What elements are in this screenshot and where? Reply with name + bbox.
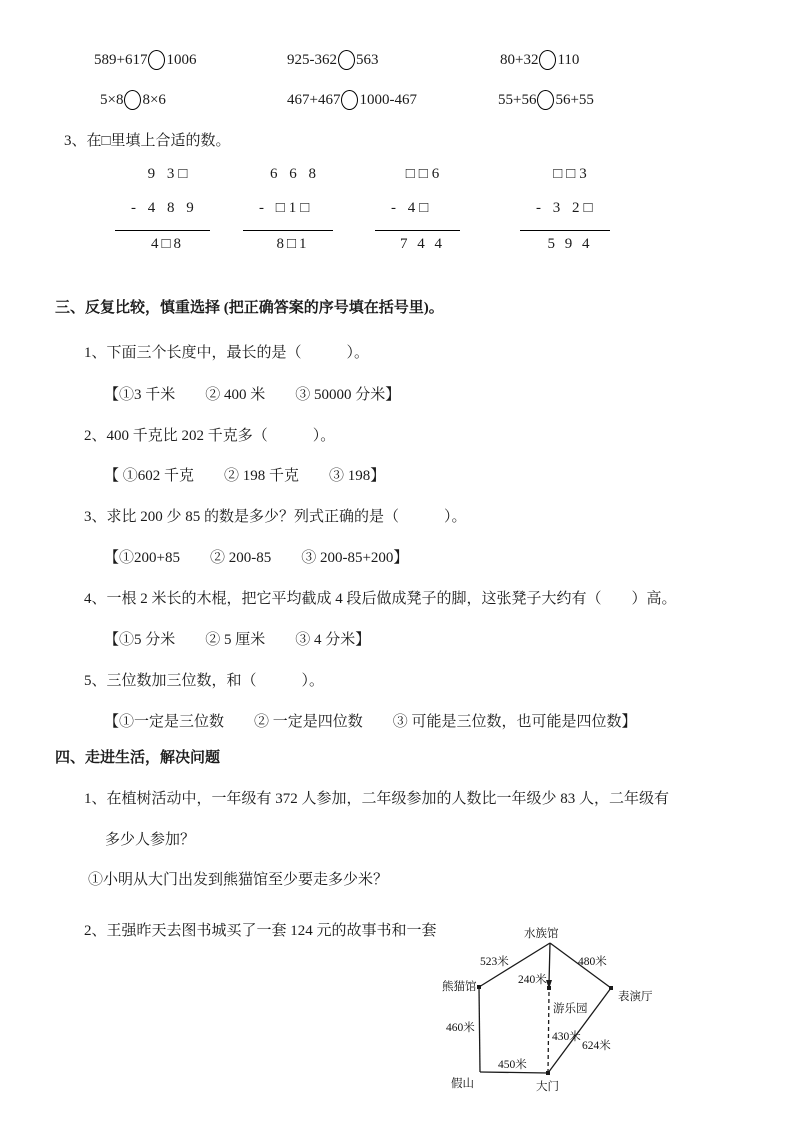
rule-line	[375, 230, 460, 231]
edge-amusement-gate	[548, 992, 549, 1073]
compare-problem: 589+6171006	[94, 50, 196, 70]
subtrahend: - □1□	[243, 200, 333, 217]
difference: 7 4 4	[375, 236, 460, 253]
difference: 8□1	[243, 236, 333, 253]
map-node-theater: 表演厅	[618, 988, 653, 1004]
rule-line	[520, 230, 610, 231]
map-node-panda: 熊猫馆	[442, 978, 477, 994]
question-options: 【①3 千米 ② 400 米 ③ 50000 分米】	[104, 386, 400, 405]
compare-right: 1006	[166, 51, 196, 70]
question-options: 【①200+85 ② 200-85 ③ 200-85+200】	[104, 549, 408, 568]
minuend: 6 6 8	[243, 166, 333, 183]
map-node-amusement: 游乐园	[553, 1000, 588, 1016]
map-distance-240: 240米	[518, 971, 547, 987]
compare-circle[interactable]	[124, 90, 141, 110]
map-distance-480: 480米	[578, 953, 607, 969]
question-options: 【 ①602 千克 ② 198 千克 ③ 198】	[104, 467, 385, 486]
word-problem-line: 1、在植树活动中，一年级有 372 人参加，二年级参加的人数比一年级少 83 人…	[84, 790, 669, 809]
park-map-diagram: 水族馆 523米 480米 240米 熊猫馆 表演厅 游乐园 460米 430米…	[420, 912, 793, 1122]
compare-right: 563	[356, 51, 379, 70]
compare-problem: 55+5656+55	[498, 90, 594, 110]
compare-problem: 80+32110	[500, 50, 579, 70]
compare-right: 1000-467	[359, 91, 417, 110]
subtrahend: - 4 8 9	[115, 200, 210, 217]
map-distance-624: 624米	[582, 1037, 611, 1053]
vertical-subtraction[interactable]: □□3 - 3 2□ 5 9 4	[520, 166, 610, 253]
question-text: 5、三位数加三位数，和（ ）。	[84, 672, 324, 691]
vertical-subtraction[interactable]: □□6 - 4□ 7 4 4	[375, 166, 460, 253]
compare-left: 55+56	[498, 91, 536, 110]
word-problem-text: 2、王强昨天去图书城买了一套 124 元的故事书和一套	[84, 923, 437, 939]
compare-right: 56+55	[555, 91, 593, 110]
map-node-rockery: 假山	[451, 1075, 474, 1091]
question-text: 2、400 千克比 202 千克多（ ）。	[84, 427, 335, 446]
compare-left: 925-362	[287, 51, 337, 70]
question-text: 4、一根 2 米长的木棍，把它平均截成 4 段后做成凳子的脚，这张凳子大约有（ …	[84, 590, 677, 609]
minuend: □□6	[375, 166, 460, 183]
section3-heading: 三、反复比较，慎重选择 (把正确答案的序号填在括号里)。	[55, 299, 444, 318]
compare-circle[interactable]	[537, 90, 554, 110]
compare-left: 80+32	[500, 51, 538, 70]
compare-circle[interactable]	[539, 50, 556, 70]
question-text: 1、下面三个长度中，最长的是（ ）。	[84, 344, 369, 363]
compare-circle[interactable]	[338, 50, 355, 70]
difference: 4□8	[115, 236, 210, 253]
section4-heading: 四、走进生活，解决问题	[55, 749, 220, 768]
edge-aquarium-amusement	[549, 943, 550, 984]
map-node-aquarium: 水族馆	[524, 925, 559, 941]
compare-circle[interactable]	[341, 90, 358, 110]
edge-panda-rockery	[479, 987, 480, 1072]
compare-right: 8×6	[142, 91, 165, 110]
park-map-lines	[420, 912, 793, 1122]
fill-title: 3、在□里填上合适的数。	[64, 132, 231, 151]
compare-left: 5×8	[100, 91, 123, 110]
rule-line	[243, 230, 333, 231]
subtrahend: - 3 2□	[520, 200, 610, 217]
vertical-subtraction[interactable]: 6 6 8 - □1□ 8□1	[243, 166, 333, 253]
compare-problem: 5×88×6	[100, 90, 166, 110]
map-node-gate: 大门	[536, 1078, 559, 1094]
vertical-subtraction[interactable]: 9 3□ - 4 8 9 4□8	[115, 166, 210, 253]
edge-rockery-gate	[480, 1072, 548, 1073]
difference: 5 9 4	[520, 236, 610, 253]
compare-circle[interactable]	[148, 50, 165, 70]
compare-right: 110	[557, 51, 579, 70]
compare-problem: 925-362563	[287, 50, 379, 70]
question-options: 【①一定是三位数 ② 一定是四位数 ③ 可能是三位数，也可能是四位数】	[104, 713, 637, 732]
node-dot-amusement	[547, 986, 551, 990]
compare-left: 589+617	[94, 51, 147, 70]
node-dot-theater	[609, 986, 613, 990]
map-distance-460: 460米	[446, 1019, 475, 1035]
map-distance-430: 430米	[552, 1028, 581, 1044]
compare-problem: 467+4671000-467	[287, 90, 417, 110]
worksheet-page: { "compare": { "rows": [ [ {"left": "589…	[0, 0, 793, 1122]
question-text: 3、求比 200 少 85 的数是多少？列式正确的是（ ）。	[84, 508, 467, 527]
word-problem-line: 2、王强昨天去图书城买了一套 124 元的故事书和一套（	[84, 922, 443, 941]
minuend: 9 3□	[115, 166, 210, 183]
rule-line	[115, 230, 210, 231]
subtrahend: - 4□	[375, 200, 460, 217]
word-problem-line: 多少人参加？	[105, 831, 195, 850]
node-dot-panda	[477, 985, 481, 989]
question-options: 【①5 分米 ② 5 厘米 ③ 4 分米】	[104, 631, 370, 650]
compare-left: 467+467	[287, 91, 340, 110]
word-problem-subquestion: ①小明从大门出发到熊猫馆至少要走多少米？	[88, 871, 388, 890]
map-distance-450: 450米	[498, 1056, 527, 1072]
minuend: □□3	[520, 166, 610, 183]
node-dot-gate	[546, 1071, 550, 1075]
map-distance-523: 523米	[480, 953, 509, 969]
